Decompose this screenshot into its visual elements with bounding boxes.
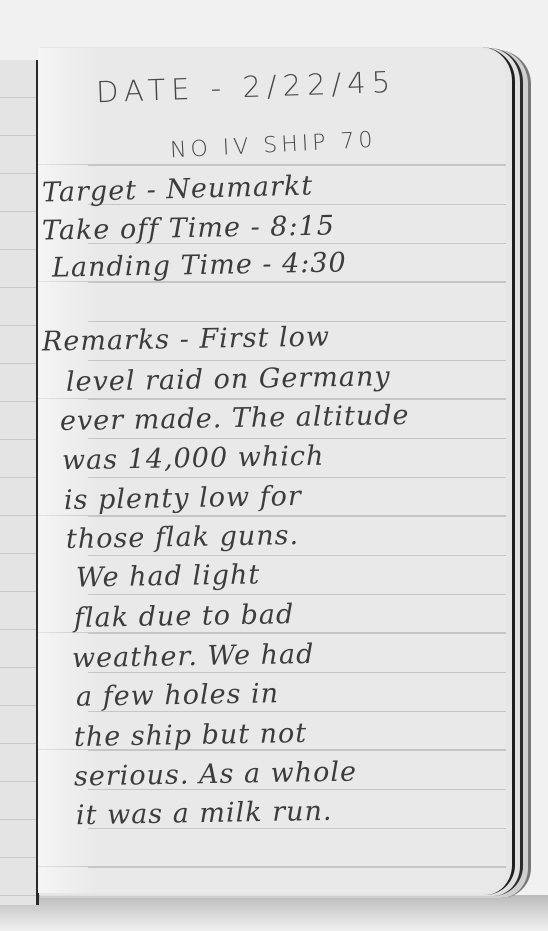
remarks-line: serious. As a whole <box>74 757 358 793</box>
take-off-time-field: Take off Time - 8:15 <box>42 210 335 246</box>
remarks-line: a few holes in <box>76 678 280 713</box>
ruled-line <box>88 282 506 283</box>
ruled-line <box>88 399 506 400</box>
left-page-edge <box>0 60 39 905</box>
ruled-line <box>88 165 506 166</box>
remarks-line: Remarks - First low <box>42 321 330 357</box>
remarks-line: ever made. The altitude <box>60 400 410 437</box>
ruled-line <box>88 438 506 439</box>
ruled-line <box>88 867 506 868</box>
ruled-line <box>88 594 506 595</box>
remarks-line: level raid on Germany <box>66 361 391 398</box>
remarks-line: the ship but not <box>74 718 308 753</box>
ruled-line <box>88 633 506 634</box>
remarks-line: weather. We had <box>72 639 315 674</box>
ruled-line <box>88 516 506 517</box>
remarks-line: is plenty low for <box>64 481 302 516</box>
ruled-line <box>88 360 506 361</box>
entry-date: DATE - 2/22/45 <box>95 65 396 109</box>
remarks-line: was 14,000 which <box>62 441 325 477</box>
target-field: Target - Neumarkt <box>42 170 314 208</box>
bottom-shadow <box>0 895 548 931</box>
ruled-line <box>88 477 506 478</box>
mission-ship-number: NO IV SHIP 70 <box>169 128 377 164</box>
notebook-page: DATE - 2/22/45 NO IV SHIP 70 Target - Ne… <box>38 48 506 893</box>
remarks-line: it was a milk run. <box>76 796 333 831</box>
remarks-line: We had light <box>76 559 261 593</box>
remarks-line: those flak guns. <box>66 520 300 555</box>
ruled-line <box>88 555 506 556</box>
remarks-line: flak due to bad <box>74 599 295 634</box>
landing-time-field: Landing Time - 4:30 <box>52 247 347 283</box>
